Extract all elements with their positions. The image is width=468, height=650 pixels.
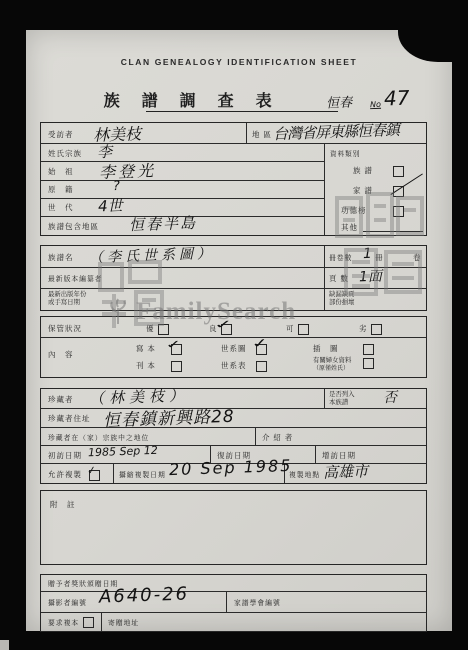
permit-label: 允許複製 [48,469,82,480]
admin-box: 贈予者獎狀頒贈日期 攝影者編號 A640-26 家譜學會編號 要求複本 寄贈地址 [40,574,427,632]
content-table-checkbox [256,361,267,372]
damage-label-line2: 部份損壞 [329,299,355,307]
pubyear-label-line1: 最新出版年份 [48,291,86,299]
content-manuscript-label: 寫 本 [136,343,156,354]
material-opt4-label: 其他 [341,222,358,233]
filmdate-label: 攝縮複製日期 [119,469,166,479]
permit-checkmark: ✓ [86,463,97,477]
divider [315,445,316,463]
pages-value: 1面 [359,266,383,287]
visit1-label: 初訪日期 [48,450,82,461]
divider [246,123,247,143]
identity-box: 受訪者 林美枝 地 區 台灣省屏東縣恒春鎮 姓氏宗族 李 始 祖 李登光 原 籍… [40,122,427,236]
area-label: 地 區 [252,129,272,140]
coverage-value: 恒春半島 [129,212,198,235]
editor-label: 最新版本編纂者 [48,273,103,283]
divider [255,427,256,445]
notes-box: 附 註 [40,490,427,565]
material-opt3-checkbox [393,206,404,217]
origin-value: ? [113,179,120,194]
origin-label: 原 籍 [48,184,74,195]
condition-box: 保管狀況 優 良 ✓ 可 劣 內 容 寫 本 ✓ 刊 本 世系圖 ✓ 世系表 插… [40,316,427,378]
listed-label-line1: 是否列入 [329,391,355,399]
surname-label: 姓氏宗族 [48,148,82,159]
grade4-checkbox [371,324,382,335]
photographer-label: 攝影者編號 [48,597,87,607]
generations-value: 4世 [98,195,123,217]
content-label: 內 容 [48,349,74,360]
hw-sheet-number: 47 [384,86,410,111]
film-edge-artifact [0,640,9,650]
copy-request-label: 要求複本 [48,617,79,627]
material-opt2-label: 家 譜 [353,185,373,196]
volumes-unit2: 卷 [413,252,422,263]
place-value: 高雄市 [323,460,369,483]
book-title-value: （李氏世系圖） [89,243,216,267]
area-value: 台灣省屏東縣恒春鎮 [273,119,400,144]
place-label: 複製地點 [289,469,320,479]
copy-request-checkbox [83,617,94,628]
interviewee-label: 受訪者 [48,129,74,140]
founder-label: 始 祖 [48,166,74,177]
content-women-note: （原僅姓氏） [313,366,349,374]
grade1-label: 優 [146,323,155,334]
address-value: 恒春鎮新興路28 [103,402,235,432]
material-opt4-line [363,231,423,232]
grade1-checkbox [158,324,169,335]
paper-sheet: CLAN GENEALOGY IDENTIFICATION SHEET 族 譜 … [26,30,452,631]
visit1-value: 1985 Sep 12 [88,444,158,459]
damage-label-line1: 缺漏缺頁 [329,291,355,299]
filmdate-value: 20 Sep 1985 [169,456,293,479]
listed-value: 否 [383,387,398,407]
content-women-checkbox [363,358,374,369]
content-table-label: 世系表 [221,360,247,371]
book-title-label: 族譜名 [48,252,74,263]
address-label: 珍藏者住址 [48,413,91,424]
photographer-value: A640-26 [99,583,190,607]
listed-label: 是否列入 本族譜 [329,391,355,407]
notes-label: 附 註 [50,499,76,510]
material-header: 資料類別 [330,148,360,158]
grade3-label: 可 [286,323,295,334]
title-underline [146,111,338,112]
grade2-checkmark: ✓ [212,317,236,331]
content-illustration-label: 插 圖 [313,343,339,354]
content-chart-checkmark: ✓ [249,335,271,351]
divider [41,198,324,199]
pubyear-label-line2: 或手寫日期 [48,299,86,307]
volumes-unit1: 冊 [375,252,384,263]
listed-label-line2: 本族譜 [329,399,355,407]
volumes-value: 1 [363,246,372,262]
divider [324,143,325,235]
divider [101,612,102,631]
keep-label: 保管狀況 [48,323,82,334]
divider [41,427,426,428]
sheet-title-zh: 族 譜 調 查 表 [26,88,358,111]
divider [113,463,114,483]
position-label: 珍藏者在（家）宗族中之地位 [48,432,149,442]
content-chart-label: 世系圖 [221,343,247,354]
divider [41,180,324,181]
visit3-label: 增訪日期 [322,450,356,461]
hw-no-label: No [370,100,381,109]
divider [226,591,227,612]
pubyear-label: 最新出版年份 或手寫日期 [48,291,86,307]
material-opt3-label: 功德榜 [341,205,367,216]
divider [41,288,426,289]
content-printed-label: 刊 本 [136,360,156,371]
grade3-checkbox [298,324,309,335]
custody-box: 珍藏者 （林美枝） 是否列入 本族譜 否 珍藏者住址 恒春鎮新興路28 珍藏者在… [40,388,427,484]
coverage-label: 族譜包含地區 [48,221,99,232]
content-printed-checkbox [171,361,182,372]
book-box: 族譜名 （李氏世系圖） 冊卷數 1 冊 卷 最新版本編纂者 頁 數 1面 最新出… [40,245,427,311]
sendto-label: 寄贈地址 [108,617,139,627]
divider [324,389,325,408]
content-illustration-checkbox [363,344,374,355]
damage-label: 缺漏缺頁 部份損壞 [329,291,355,307]
introducer-label: 介 紹 者 [262,432,293,443]
pages-label: 頁 數 [329,273,349,284]
society-label: 家譜學會編號 [234,597,281,607]
content-manuscript-checkmark: ✓ [164,338,183,352]
holder-label: 珍藏者 [48,394,74,405]
material-opt1-label: 族 譜 [353,165,373,176]
divider [41,612,426,613]
volumes-label: 冊卷數 [329,252,352,262]
content-women-label: 有關婦女資料 [313,357,351,365]
founder-value: 李登光 [99,158,157,183]
material-opt1-checkbox [393,166,404,177]
hw-region: 恒春 [326,92,353,112]
divider [41,161,324,162]
scanned-page: CLAN GENEALOGY IDENTIFICATION SHEET 族 譜 … [0,0,468,650]
generations-label: 世 代 [48,202,74,213]
divider [41,337,426,338]
divider [324,246,325,310]
grade4-label: 劣 [359,323,368,334]
sheet-title-en: CLAN GENEALOGY IDENTIFICATION SHEET [26,57,452,67]
